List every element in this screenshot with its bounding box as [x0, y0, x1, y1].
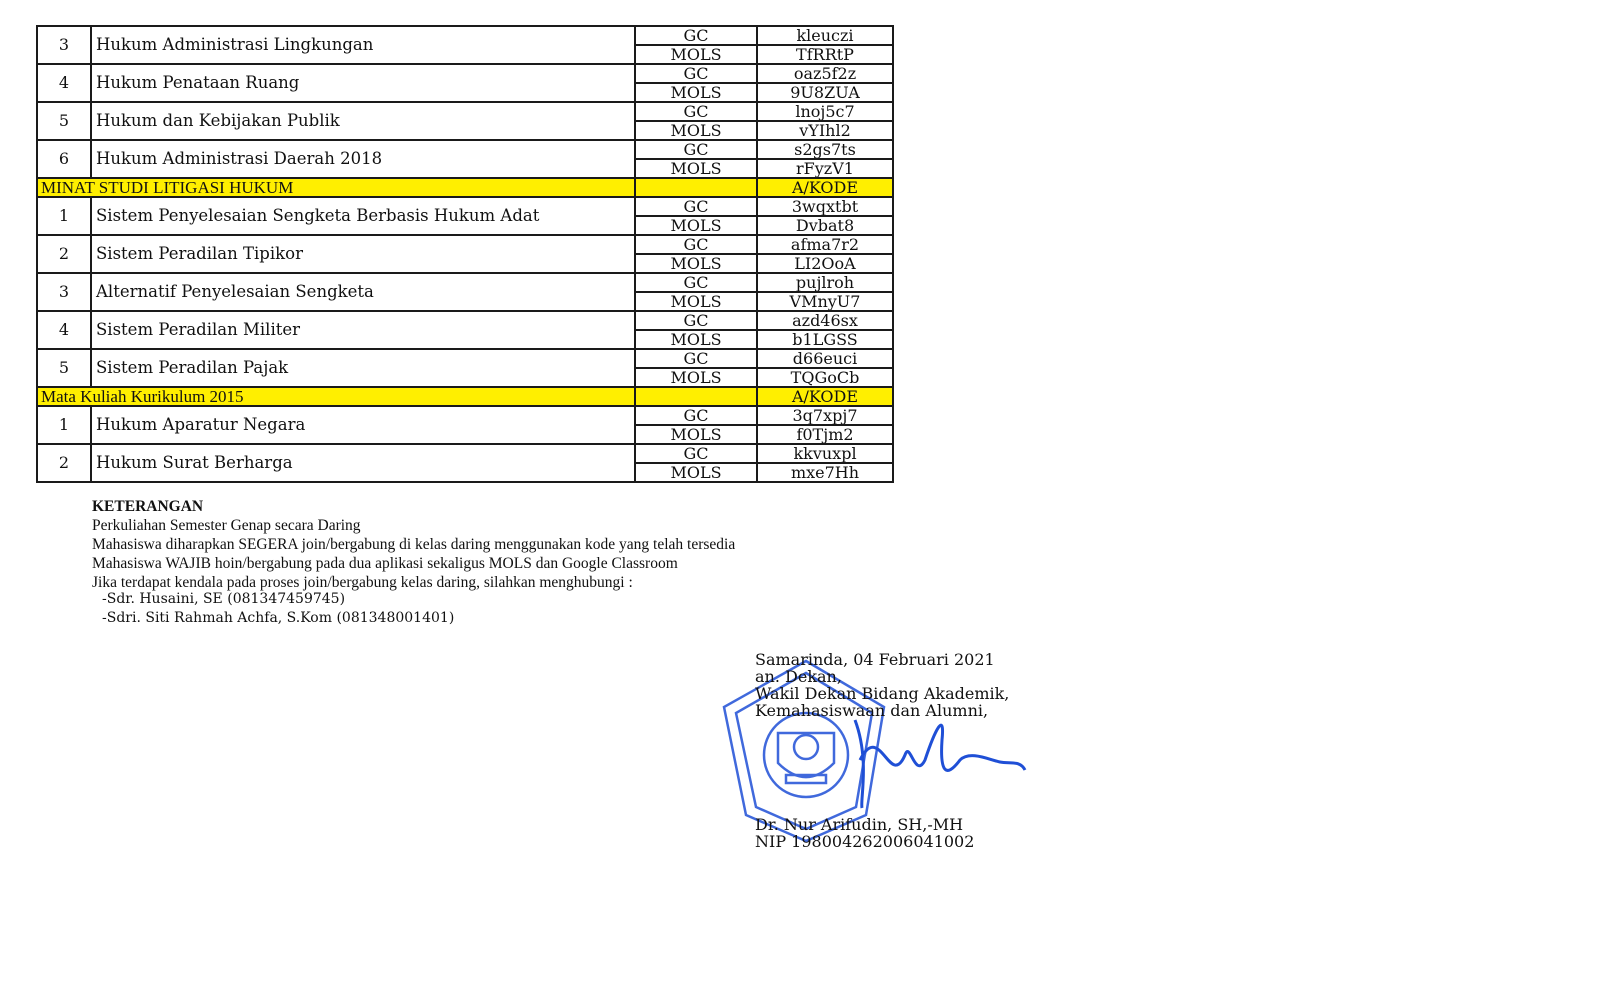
- gc-class-code: afma7r2: [757, 235, 893, 254]
- gc-class-code: kkvuxpl: [757, 444, 893, 463]
- mols-class-code: mxe7Hh: [757, 463, 893, 482]
- platform-gc: GC: [635, 273, 757, 292]
- course-number: 1: [37, 197, 91, 235]
- mols-class-code: f0Tjm2: [757, 425, 893, 444]
- table-row: 6Hukum Administrasi Daerah 2018GCs2gs7ts: [37, 140, 893, 159]
- platform-gc: GC: [635, 140, 757, 159]
- section-header-row: MINAT STUDI LITIGASI HUKUMA/KODE: [37, 178, 893, 197]
- course-name: Sistem Peradilan Tipikor: [91, 235, 635, 273]
- section-title: Mata Kuliah Kurikulum 2015: [37, 387, 635, 406]
- course-name: Sistem Penyelesaian Sengketa Berbasis Hu…: [91, 197, 635, 235]
- section-title: MINAT STUDI LITIGASI HUKUM: [37, 178, 635, 197]
- gc-class-code: oaz5f2z: [757, 64, 893, 83]
- position-line: Wakil Dekan Bidang Akademik,: [755, 685, 1009, 702]
- course-number: 6: [37, 140, 91, 178]
- course-name: Hukum dan Kebijakan Publik: [91, 102, 635, 140]
- course-name: Sistem Peradilan Militer: [91, 311, 635, 349]
- contacts-list: -Sdr. Husaini, SE (081347459745) -Sdri. …: [102, 590, 454, 628]
- course-name: Alternatif Penyelesaian Sengketa: [91, 273, 635, 311]
- position-line: Kemahasiswaan dan Alumni,: [755, 702, 1009, 719]
- notes-line: Mahasiswa diharapkan SEGERA join/bergabu…: [92, 535, 735, 554]
- platform-gc: GC: [635, 197, 757, 216]
- section-blank-cell: [635, 387, 757, 406]
- platform-mols: MOLS: [635, 463, 757, 482]
- mols-class-code: TQGoCb: [757, 368, 893, 387]
- platform-mols: MOLS: [635, 45, 757, 64]
- table-row: 4Sistem Peradilan MiliterGCazd46sx: [37, 311, 893, 330]
- course-name: Hukum Aparatur Negara: [91, 406, 635, 444]
- platform-gc: GC: [635, 64, 757, 83]
- gc-class-code: azd46sx: [757, 311, 893, 330]
- course-name: Hukum Administrasi Daerah 2018: [91, 140, 635, 178]
- signer-name: Dr. Nur Arifudin, SH,-MH: [755, 816, 1009, 833]
- course-number: 3: [37, 273, 91, 311]
- mols-class-code: b1LGSS: [757, 330, 893, 349]
- signer-nip: NIP 198004262006041002: [755, 833, 1009, 850]
- notes-line: Mahasiswa WAJIB hoin/bergabung pada dua …: [92, 554, 735, 573]
- platform-mols: MOLS: [635, 292, 757, 311]
- course-number: 4: [37, 311, 91, 349]
- course-number: 1: [37, 406, 91, 444]
- course-number: 2: [37, 444, 91, 482]
- place-date: Samarinda, 04 Februari 2021: [755, 651, 1009, 668]
- course-name: Hukum Penataan Ruang: [91, 64, 635, 102]
- gc-class-code: 3wqxtbt: [757, 197, 893, 216]
- table-row: 5Hukum dan Kebijakan PublikGClnoj5c7: [37, 102, 893, 121]
- mols-class-code: VMnyU7: [757, 292, 893, 311]
- platform-mols: MOLS: [635, 368, 757, 387]
- platform-gc: GC: [635, 406, 757, 425]
- course-name: Hukum Administrasi Lingkungan: [91, 26, 635, 64]
- notes-section: KETERANGAN Perkuliahan Semester Genap se…: [92, 497, 735, 592]
- gc-class-code: pujlroh: [757, 273, 893, 292]
- table-row: 2Sistem Peradilan TipikorGCafma7r2: [37, 235, 893, 254]
- platform-mols: MOLS: [635, 83, 757, 102]
- table-row: 4Hukum Penataan RuangGCoaz5f2z: [37, 64, 893, 83]
- course-number: 4: [37, 64, 91, 102]
- course-name: Sistem Peradilan Pajak: [91, 349, 635, 387]
- signature-block: Samarinda, 04 Februari 2021 an. Dekan, W…: [755, 651, 1009, 850]
- course-name: Hukum Surat Berharga: [91, 444, 635, 482]
- platform-gc: GC: [635, 102, 757, 121]
- mols-class-code: 9U8ZUA: [757, 83, 893, 102]
- table-row: 5Sistem Peradilan PajakGCd66euci: [37, 349, 893, 368]
- course-number: 2: [37, 235, 91, 273]
- section-code-header: A/KODE: [757, 387, 893, 406]
- table-row: 3Hukum Administrasi LingkunganGCkleuczi: [37, 26, 893, 45]
- mols-class-code: TfRRtP: [757, 45, 893, 64]
- platform-mols: MOLS: [635, 330, 757, 349]
- gc-class-code: s2gs7ts: [757, 140, 893, 159]
- gc-class-code: kleuczi: [757, 26, 893, 45]
- mols-class-code: vYIhl2: [757, 121, 893, 140]
- mols-class-code: Dvbat8: [757, 216, 893, 235]
- platform-mols: MOLS: [635, 121, 757, 140]
- platform-gc: GC: [635, 349, 757, 368]
- course-number: 3: [37, 26, 91, 64]
- gc-class-code: d66euci: [757, 349, 893, 368]
- section-blank-cell: [635, 178, 757, 197]
- section-code-header: A/KODE: [757, 178, 893, 197]
- platform-gc: GC: [635, 26, 757, 45]
- contact-item: -Sdr. Husaini, SE (081347459745): [102, 590, 454, 609]
- contact-item: -Sdri. Siti Rahmah Achfa, S.Kom (0813480…: [102, 609, 454, 628]
- platform-mols: MOLS: [635, 425, 757, 444]
- platform-mols: MOLS: [635, 216, 757, 235]
- notes-line: Perkuliahan Semester Genap secara Daring: [92, 516, 735, 535]
- platform-gc: GC: [635, 444, 757, 463]
- notes-title: KETERANGAN: [92, 497, 735, 516]
- gc-class-code: lnoj5c7: [757, 102, 893, 121]
- platform-mols: MOLS: [635, 159, 757, 178]
- course-code-table: 3Hukum Administrasi LingkunganGCkleucziM…: [36, 25, 894, 483]
- on-behalf: an. Dekan,: [755, 668, 1009, 685]
- platform-gc: GC: [635, 235, 757, 254]
- table-row: 1Hukum Aparatur NegaraGC3q7xpj7: [37, 406, 893, 425]
- mols-class-code: rFyzV1: [757, 159, 893, 178]
- platform-gc: GC: [635, 311, 757, 330]
- table-row: 2Hukum Surat BerhargaGCkkvuxpl: [37, 444, 893, 463]
- course-number: 5: [37, 102, 91, 140]
- table-row: 3Alternatif Penyelesaian SengketaGCpujlr…: [37, 273, 893, 292]
- table-row: 1Sistem Penyelesaian Sengketa Berbasis H…: [37, 197, 893, 216]
- gc-class-code: 3q7xpj7: [757, 406, 893, 425]
- mols-class-code: LI2OoA: [757, 254, 893, 273]
- course-number: 5: [37, 349, 91, 387]
- section-header-row: Mata Kuliah Kurikulum 2015A/KODE: [37, 387, 893, 406]
- platform-mols: MOLS: [635, 254, 757, 273]
